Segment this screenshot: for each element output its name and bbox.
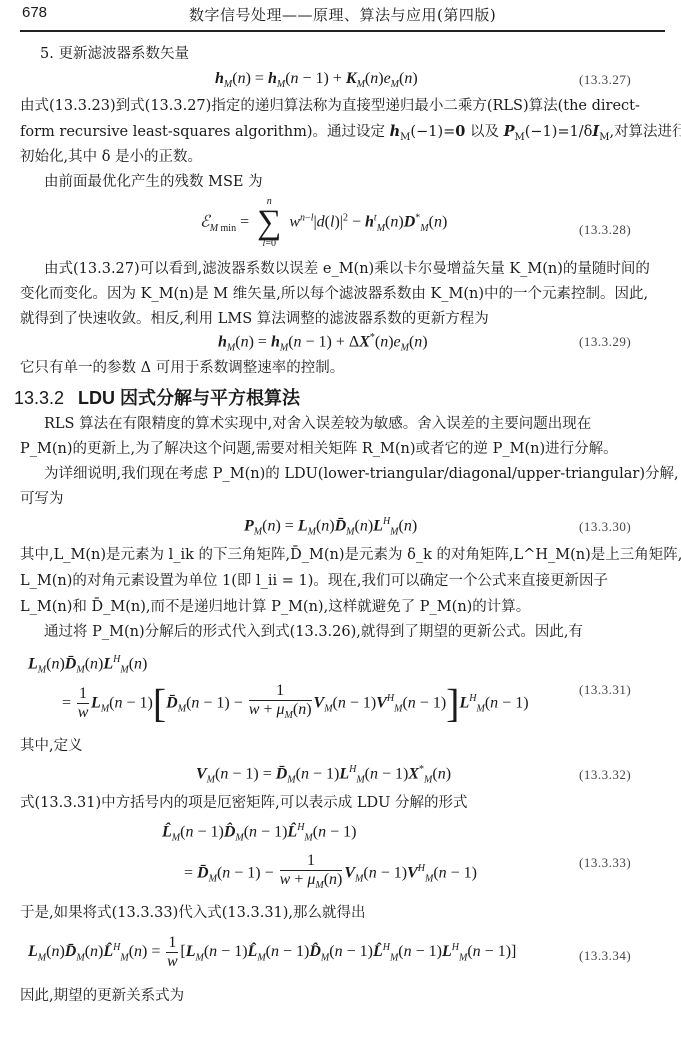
paragraph-line: P_M(n)的更新上,为了解决这个问题,需要对相关矩阵 R_M(n)或者它的逆 … [20,439,618,459]
equation-13-3-33-line2: = D̄M(n − 1) − 1w + μM(n)VM(n − 1)VHM(n … [184,852,477,895]
paragraph-line: 其中,L_M(n)是元素为 l_ik 的下三角矩阵,D̄_M(n)是元素为 δ_… [20,545,681,565]
paragraph-line: RLS 算法在有限精度的算术实现中,对舍入误差较为敏感。舍入误差的主要问题出现在 [44,414,591,434]
running-header-title: 数字信号处理——原理、算法与应用(第四版) [189,4,496,25]
equation-13-3-29: hM(n) = hM(n − 1) + ΔX*(n)eM(n) [218,332,428,354]
equation-13-3-32: VM(n − 1) = D̄M(n − 1)LHM(n − 1)X*M(n) [196,764,451,786]
header-rule [20,30,665,32]
equation-13-3-30: PM(n) = LM(n)D̄M(n)LHM(n) [244,516,417,538]
equation-number: (13.3.31) [579,682,631,698]
paragraph-line: 由式(13.3.27)可以看到,滤波器系数以误差 e_M(n)乘以卡尔曼增益矢量… [44,259,650,279]
equation-13-3-31-line1: LM(n)D̄M(n)LHM(n) [28,654,147,676]
paragraph-line: 由式(13.3.23)到式(13.3.27)指定的递归算法称为直接型递归最小二乘… [20,96,640,116]
paragraph-line: L_M(n)和 D̄_M(n),而不是递归地计算 P_M(n),这样就避免了 P… [20,597,530,617]
paragraph-line: L_M(n)的对角元素设置为单位 1(即 l_ii = 1)。现在,我们可以确定… [20,571,608,591]
paragraph-line: 因此,期望的更新关系式为 [20,986,184,1006]
equation-number: (13.3.30) [579,519,631,535]
equation-13-3-28: ℰM min = n∑l=0 wn−l|d(l)|2 − htM(n)D*M(n… [200,196,447,250]
paragraph-line: 变化而变化。因为 K_M(n)是 M 维矢量,所以每个滤波器系数由 K_M(n)… [20,284,648,304]
paragraph-line: 其中,定义 [20,736,83,756]
paragraph-line: 通过将 P_M(n)分解后的形式代入到式(13.3.26),就得到了期望的更新公… [44,622,583,642]
equation-13-3-31-line2: = 1wLM(n − 1)[D̄M(n − 1) − 1w + μM(n)VM(… [62,682,529,725]
paragraph-line: 由前面最优化产生的残数 MSE 为 [44,172,263,192]
paragraph-line: form recursive least-squares algorithm)。… [20,122,681,148]
paragraph-line: 可写为 [20,489,64,509]
equation-number: (13.3.27) [579,72,631,88]
section-heading: 13.3.2LDU 因式分解与平方根算法 [14,384,300,410]
equation-number: (13.3.32) [579,767,631,783]
paragraph-line: 为详细说明,我们现在考虑 P_M(n)的 LDU(lower-triangula… [44,464,679,484]
paragraph-line: 式(13.3.31)中方括号内的项是厄密矩阵,可以表示成 LDU 分解的形式 [20,793,467,813]
paragraph-line: 它只有单一的参数 Δ 可用于系数调整速率的控制。 [20,358,344,378]
equation-number: (13.3.28) [579,222,631,238]
equation-number: (13.3.29) [579,334,631,350]
equation-13-3-27: hM(n) = hM(n − 1) + KM(n)eM(n) [215,70,418,90]
equation-number: (13.3.34) [579,948,631,964]
equation-number: (13.3.33) [579,855,631,871]
page-number: 678 [22,4,47,21]
equation-13-3-33-line1: L̂M(n − 1)D̂M(n − 1)L̂HM(n − 1) [162,822,356,844]
paragraph-line: 于是,如果将式(13.3.33)代入式(13.3.31),那么就得出 [20,903,366,923]
step-heading: 5. 更新滤波器系数矢量 [40,44,189,64]
paragraph-line: 初始化,其中 δ 是小的正数。 [20,147,202,167]
paragraph-line: 就得到了快速收敛。相反,利用 LMS 算法调整的滤波器系数的更新方程为 [20,309,489,329]
equation-13-3-34: LM(n)D̄M(n)L̂HM(n) = 1w[LM(n − 1)L̂M(n −… [28,934,516,971]
